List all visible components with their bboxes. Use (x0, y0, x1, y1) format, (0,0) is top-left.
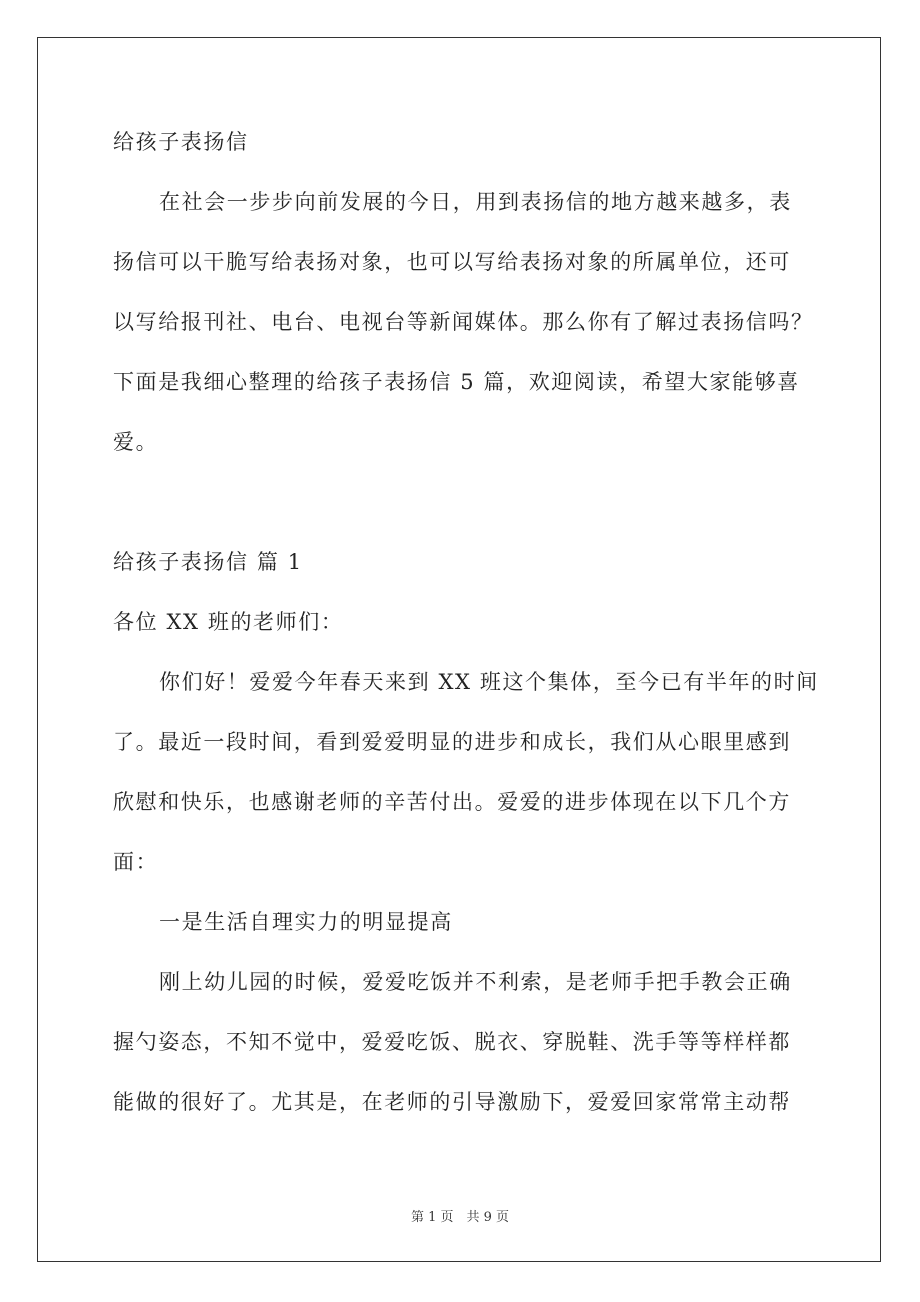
subheading-point-one: 一是生活自理实力的明显提高 (159, 909, 453, 935)
body-paragraph-line: 欣慰和快乐，也感谢老师的辛苦付出。爱爱的进步体现在以下几个方 (113, 789, 791, 815)
body-paragraph-line: 面： (113, 849, 158, 875)
body-paragraph-line: 刚上幼儿园的时候，爱爱吃饭并不利索，是老师手把手教会正确 (159, 969, 792, 995)
page-number-footer: 第 1 页 共 9 页 (0, 1206, 920, 1225)
intro-paragraph-line: 扬信可以干脆写给表扬对象，也可以写给表扬对象的所属单位，还可 (113, 249, 791, 275)
intro-paragraph-line: 下面是我细心整理的给孩子表扬信 5 篇，欢迎阅读，希望大家能够喜 (113, 369, 800, 395)
page-border (37, 37, 881, 1262)
body-paragraph-line: 能做的很好了。尤其是，在老师的引导激励下，爱爱回家常常主动帮 (113, 1089, 791, 1115)
body-paragraph-line: 你们好！爱爱今年春天来到 XX 班这个集体，至今已有半年的时间 (159, 669, 819, 695)
section-heading: 给孩子表扬信 篇 1 (113, 549, 303, 575)
document-title: 给孩子表扬信 (113, 129, 249, 155)
body-paragraph-line: 了。最近一段时间，看到爱爱明显的进步和成长，我们从心眼里感到 (113, 729, 791, 755)
salutation: 各位 XX 班的老师们： (113, 609, 343, 635)
intro-paragraph-line: 以写给报刊社、电台、电视台等新闻媒体。那么你有了解过表扬信吗？ (113, 309, 814, 335)
body-paragraph-line: 握勺姿态，不知不觉中，爱爱吃饭、脱衣、穿脱鞋、洗手等等样样都 (113, 1029, 791, 1055)
intro-paragraph-line: 爱。 (113, 429, 158, 455)
intro-paragraph-line: 在社会一步步向前发展的今日，用到表扬信的地方越来越多，表 (159, 189, 792, 215)
